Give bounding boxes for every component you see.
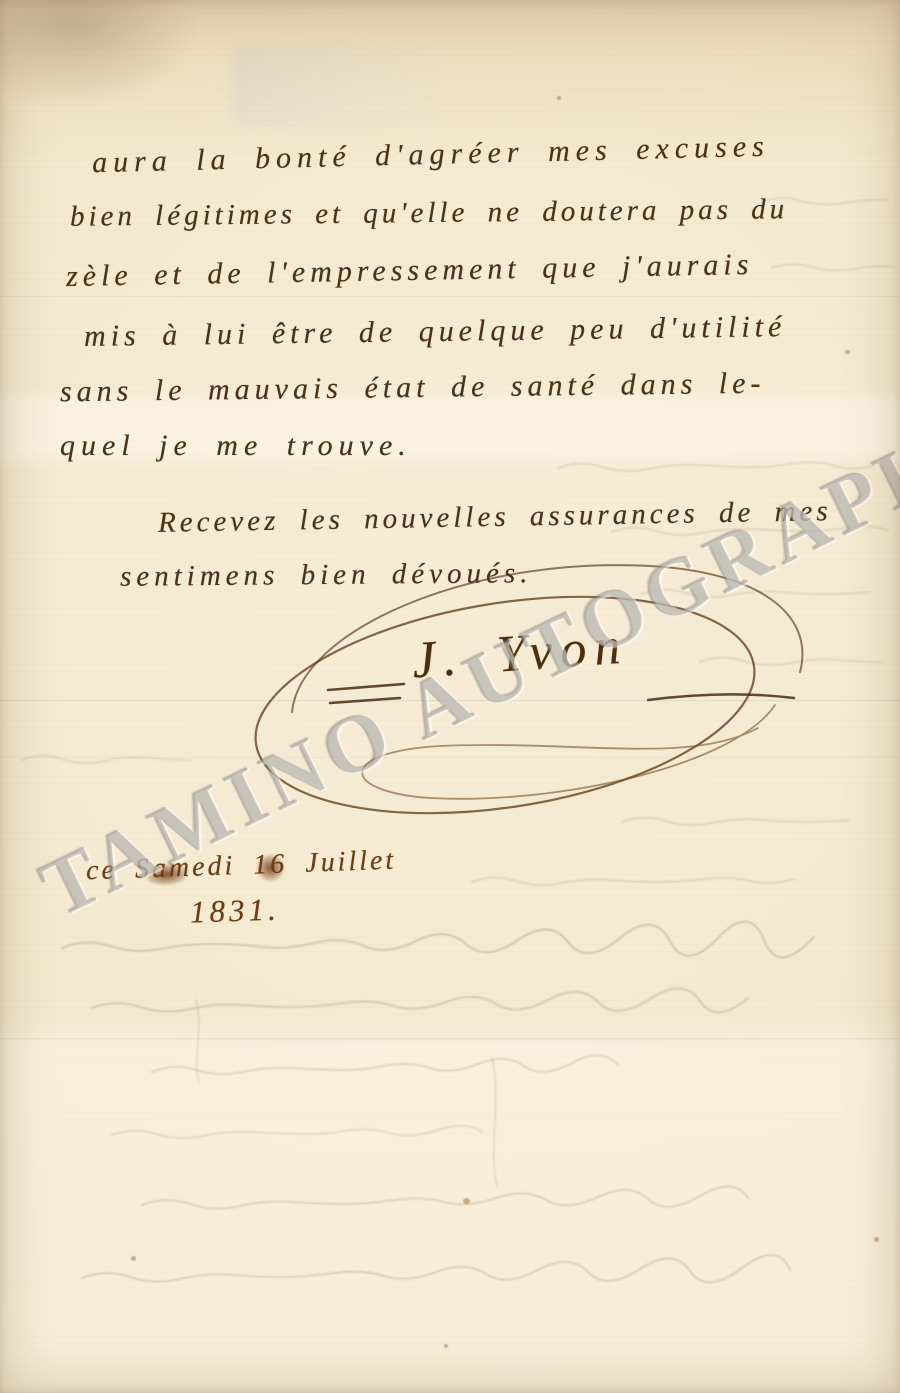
- closing-line: sentimens bien dévoués.: [120, 557, 533, 594]
- date-line: ce Samedi 16 Juillet: [86, 845, 397, 888]
- foxing-spot: [557, 96, 561, 100]
- letter-line: sans le mauvais état de santé dans le-: [60, 367, 766, 410]
- fold-crease: [0, 296, 900, 299]
- foxing-spot: [463, 1198, 470, 1204]
- letter-line: quel je me trouve.: [60, 429, 412, 463]
- fold-crease: [0, 757, 900, 760]
- fold-crease: [0, 700, 900, 703]
- letter-line: bien légitimes et qu'elle ne doutera pas…: [70, 193, 789, 234]
- foxing-spot: [444, 1344, 448, 1348]
- closing-line: Recevez les nouvelles assurances de mes: [158, 495, 832, 540]
- letter-scan-page: aura la bonté d'agréer mes excuses bien …: [0, 0, 900, 1393]
- embossed-letterhead-stamp: [232, 46, 447, 124]
- date-line: 1831.: [189, 891, 280, 930]
- signature: J. Yvon: [410, 617, 630, 691]
- letter-line: zèle et de l'empressement que j'aurais: [66, 248, 754, 294]
- scan-corner-shadow: [0, 0, 200, 110]
- fold-crease: [0, 1038, 900, 1041]
- letter-line: aura la bonté d'agréer mes excuses: [92, 130, 770, 181]
- letter-line: mis à lui être de quelque peu d'utilité: [84, 310, 787, 354]
- foxing-spot: [131, 1256, 136, 1261]
- foxing-spot: [845, 350, 850, 354]
- foxing-spot: [874, 1237, 879, 1242]
